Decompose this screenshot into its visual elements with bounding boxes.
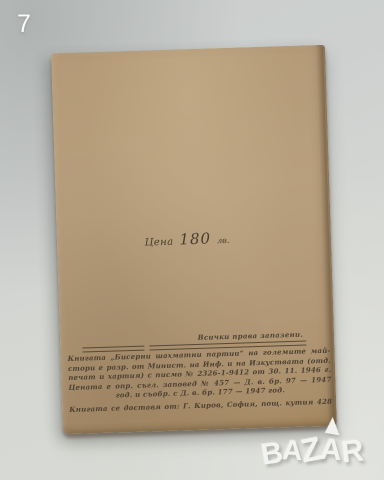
bazar-letter: B xyxy=(259,436,285,473)
listing-photo: 7 Цена180лв. Всички права запазени. Книг… xyxy=(0,0,384,480)
bazar-letter: A xyxy=(319,433,342,468)
price-amount: 180 xyxy=(179,229,211,248)
imprint-block: Книгата „Бисерни шахматни партии“ на гол… xyxy=(68,346,333,414)
bazar-letter: R xyxy=(339,433,364,471)
price-line: Цена180лв. xyxy=(57,225,331,253)
rights-notice: Всички права запазени. xyxy=(198,330,304,342)
price-label: Цена xyxy=(145,237,174,249)
bazar-bag-icon xyxy=(325,416,343,435)
book-back-cover: Цена180лв. Всички права запазени. Книгат… xyxy=(51,45,337,434)
price-currency: лв. xyxy=(217,236,230,245)
bazar-watermark-logo: BAZAR xyxy=(260,429,362,471)
photo-index-label: 7 xyxy=(17,10,31,39)
